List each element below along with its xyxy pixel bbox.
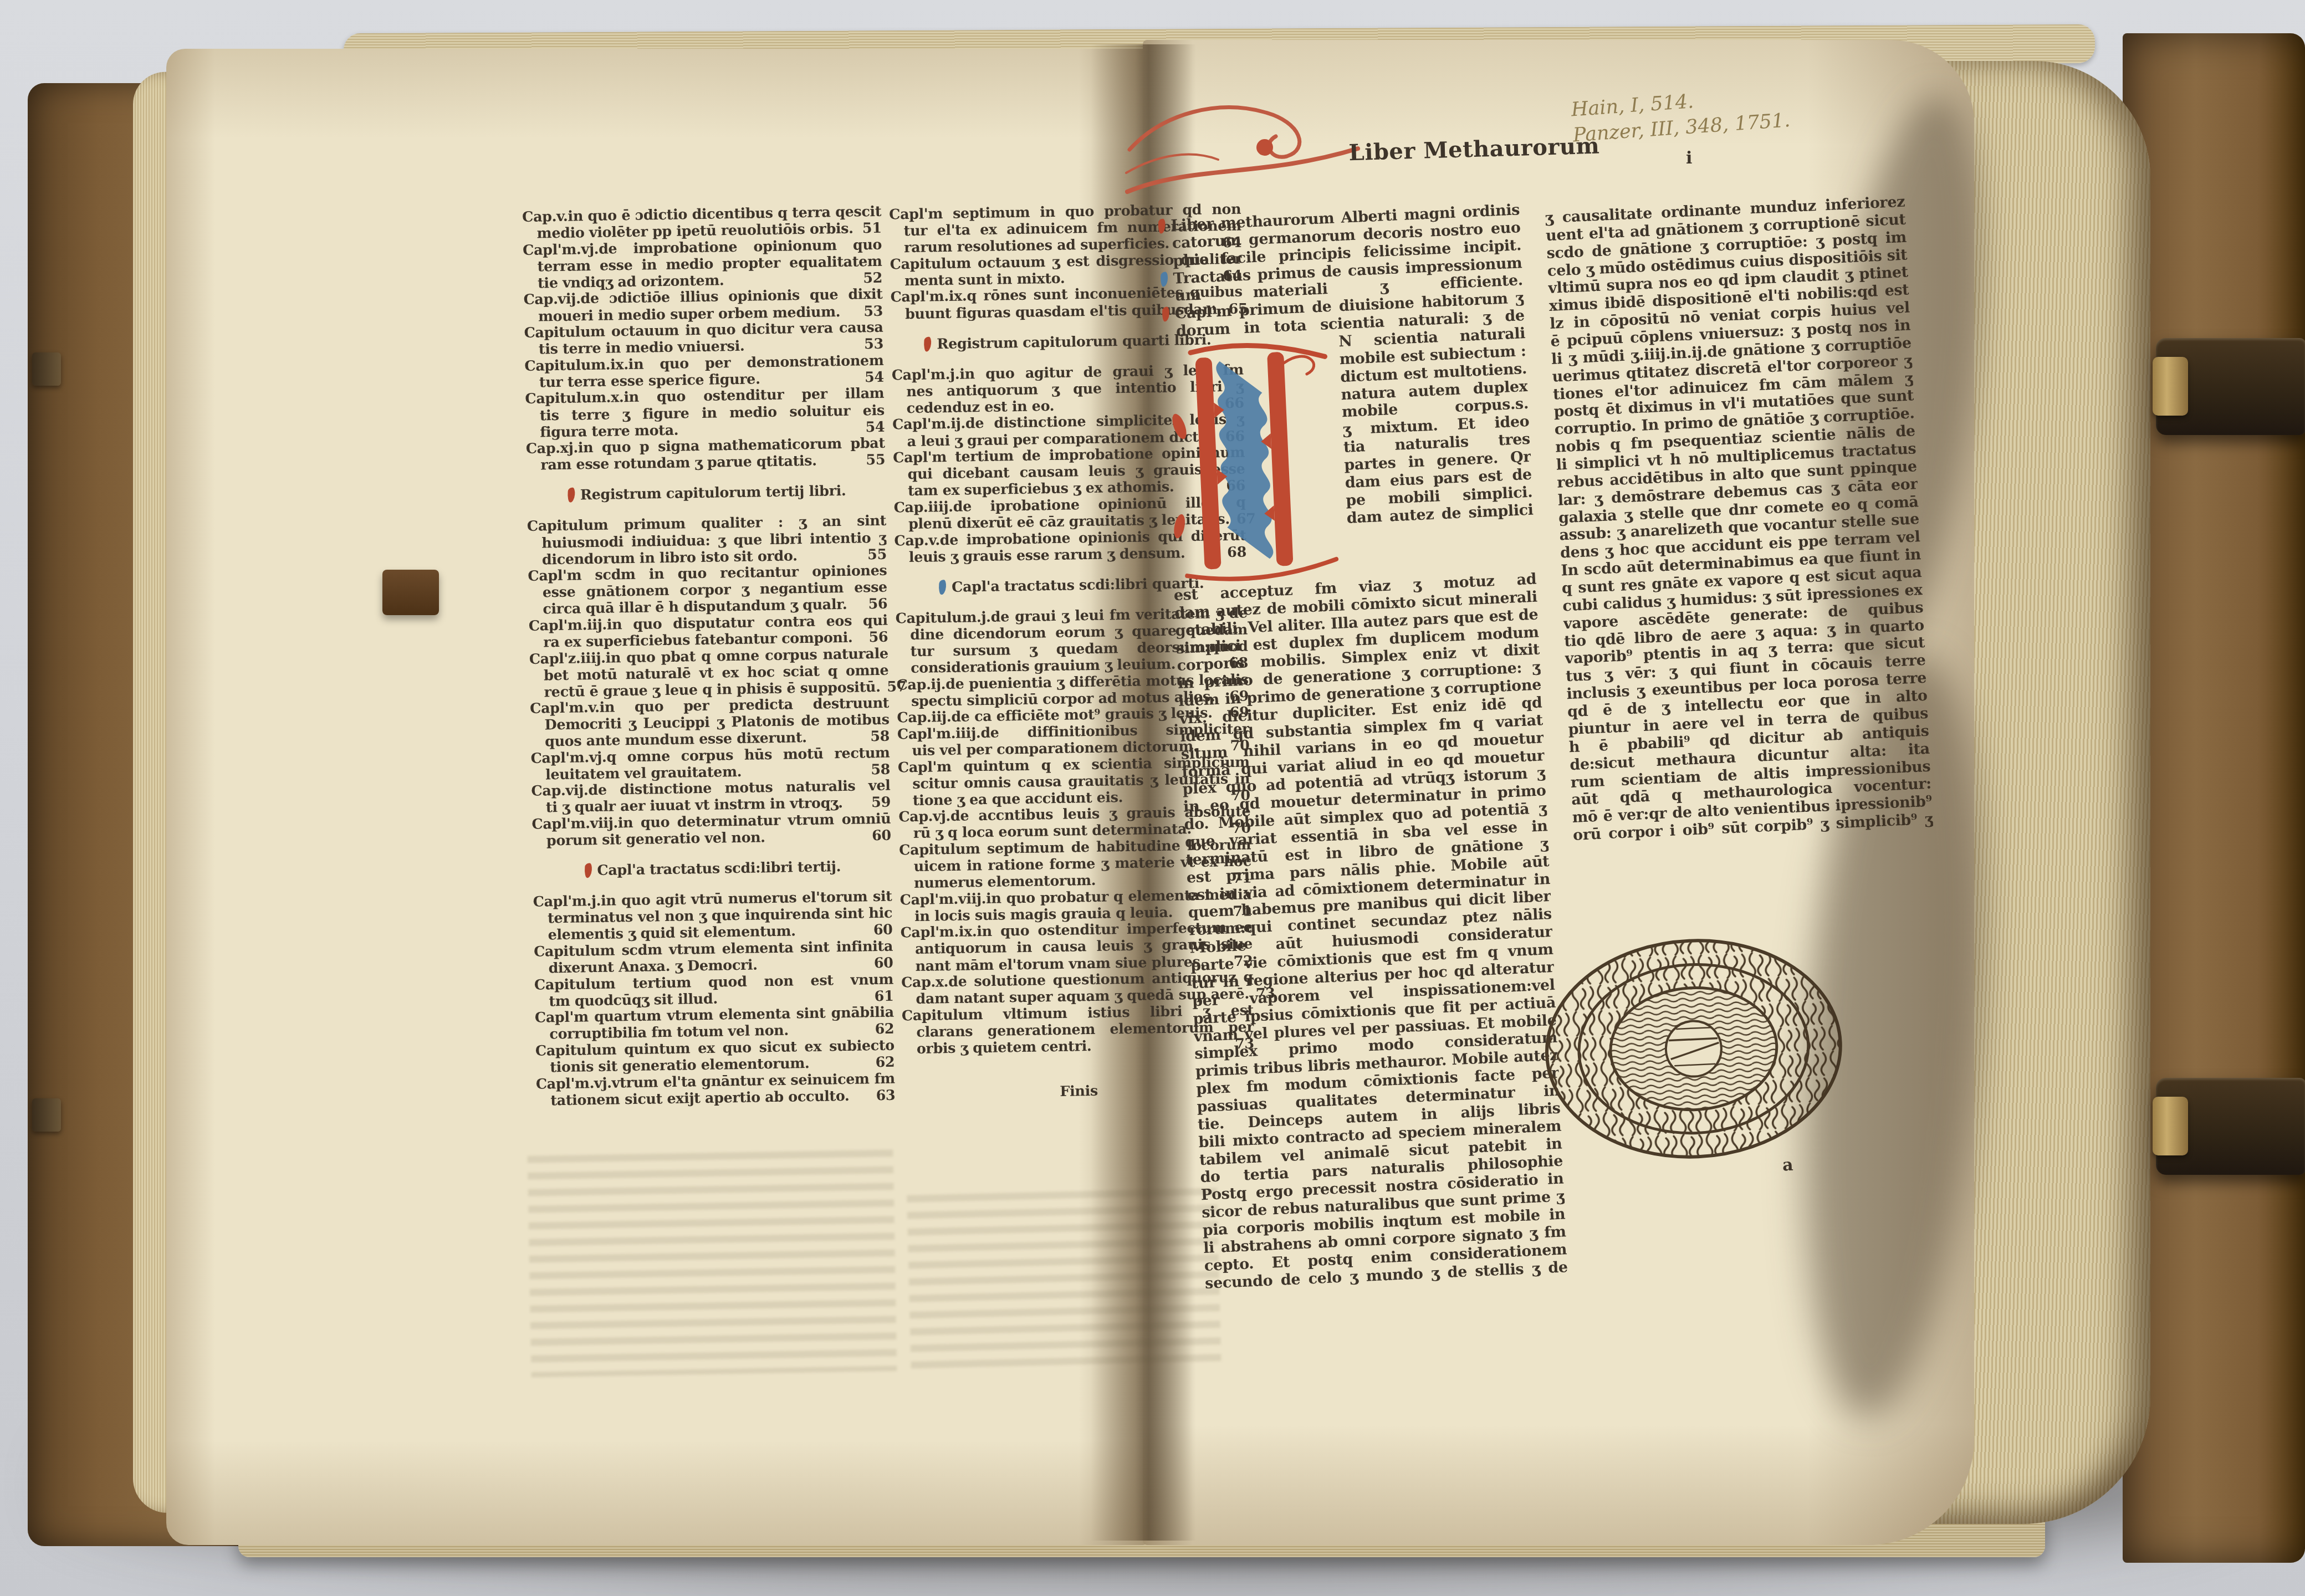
clasp-strap[interactable] — [2156, 338, 2305, 435]
folio-reference: 54 — [858, 370, 884, 386]
pilcrow-icon — [584, 863, 592, 878]
folio-reference: 55 — [859, 452, 885, 469]
register-column-1: Cap.v.in quo ē ɔdictio dicentibus q terr… — [522, 204, 895, 1109]
pilcrow-icon — [938, 579, 947, 595]
decorated-initial-icon — [1157, 336, 1340, 587]
clasp-buckle-icon — [2153, 357, 2188, 416]
body-text: est acceptuz fm viaz ʒ motuz ad cōmixtio… — [1173, 570, 1568, 1292]
folio-reference: 61 — [867, 988, 893, 1005]
folio-reference: 62 — [868, 1055, 895, 1071]
folio-reference: 63 — [869, 1087, 895, 1104]
folio-reference: 60 — [867, 955, 893, 972]
initial-paragraph: N scientia naturali corp⁹mobile est subi… — [1162, 324, 1536, 586]
folio-reference: 60 — [865, 828, 891, 845]
quire-signature: a — [1782, 1155, 1793, 1175]
folio-number: i — [1686, 149, 1692, 168]
pilcrow-icon — [567, 488, 575, 503]
clasp-strap[interactable] — [2156, 1078, 2305, 1175]
folio-reference: 53 — [857, 336, 883, 353]
folio-reference: 58 — [863, 729, 890, 745]
folio-reference: 58 — [864, 761, 890, 778]
pilcrow-icon — [1160, 272, 1168, 287]
folio-reference: 53 — [857, 303, 883, 320]
folio-reference: 59 — [865, 795, 891, 811]
leather-bookmark-tab[interactable] — [382, 570, 439, 615]
folio-reference: 56 — [862, 630, 888, 646]
folio-reference: 55 — [861, 546, 887, 563]
clasp-catch-plate — [32, 1098, 61, 1132]
ink-bleedthrough — [907, 1188, 1222, 1378]
folio-reference: 56 — [861, 596, 887, 613]
incipit-column: Liber methaurorum Alberti magni ordinis … — [1157, 201, 1568, 1292]
folio-reference: 62 — [868, 1021, 894, 1038]
pilcrow-icon — [1158, 218, 1166, 234]
clasp-buckle-icon — [2153, 1097, 2188, 1155]
ink-bleedthrough — [528, 1149, 897, 1377]
folio-reference: 51 — [856, 221, 882, 237]
pilcrow-icon — [923, 336, 932, 352]
folio-reference: 60 — [867, 922, 893, 939]
clasp-catch-plate — [32, 352, 61, 386]
incipit-rubrics: Liber methaurorum Alberti magni ordinis … — [1157, 201, 1525, 340]
folio-reference: 54 — [858, 419, 885, 436]
pilcrow-icon — [1162, 306, 1170, 322]
folio-reference: 52 — [856, 270, 882, 287]
